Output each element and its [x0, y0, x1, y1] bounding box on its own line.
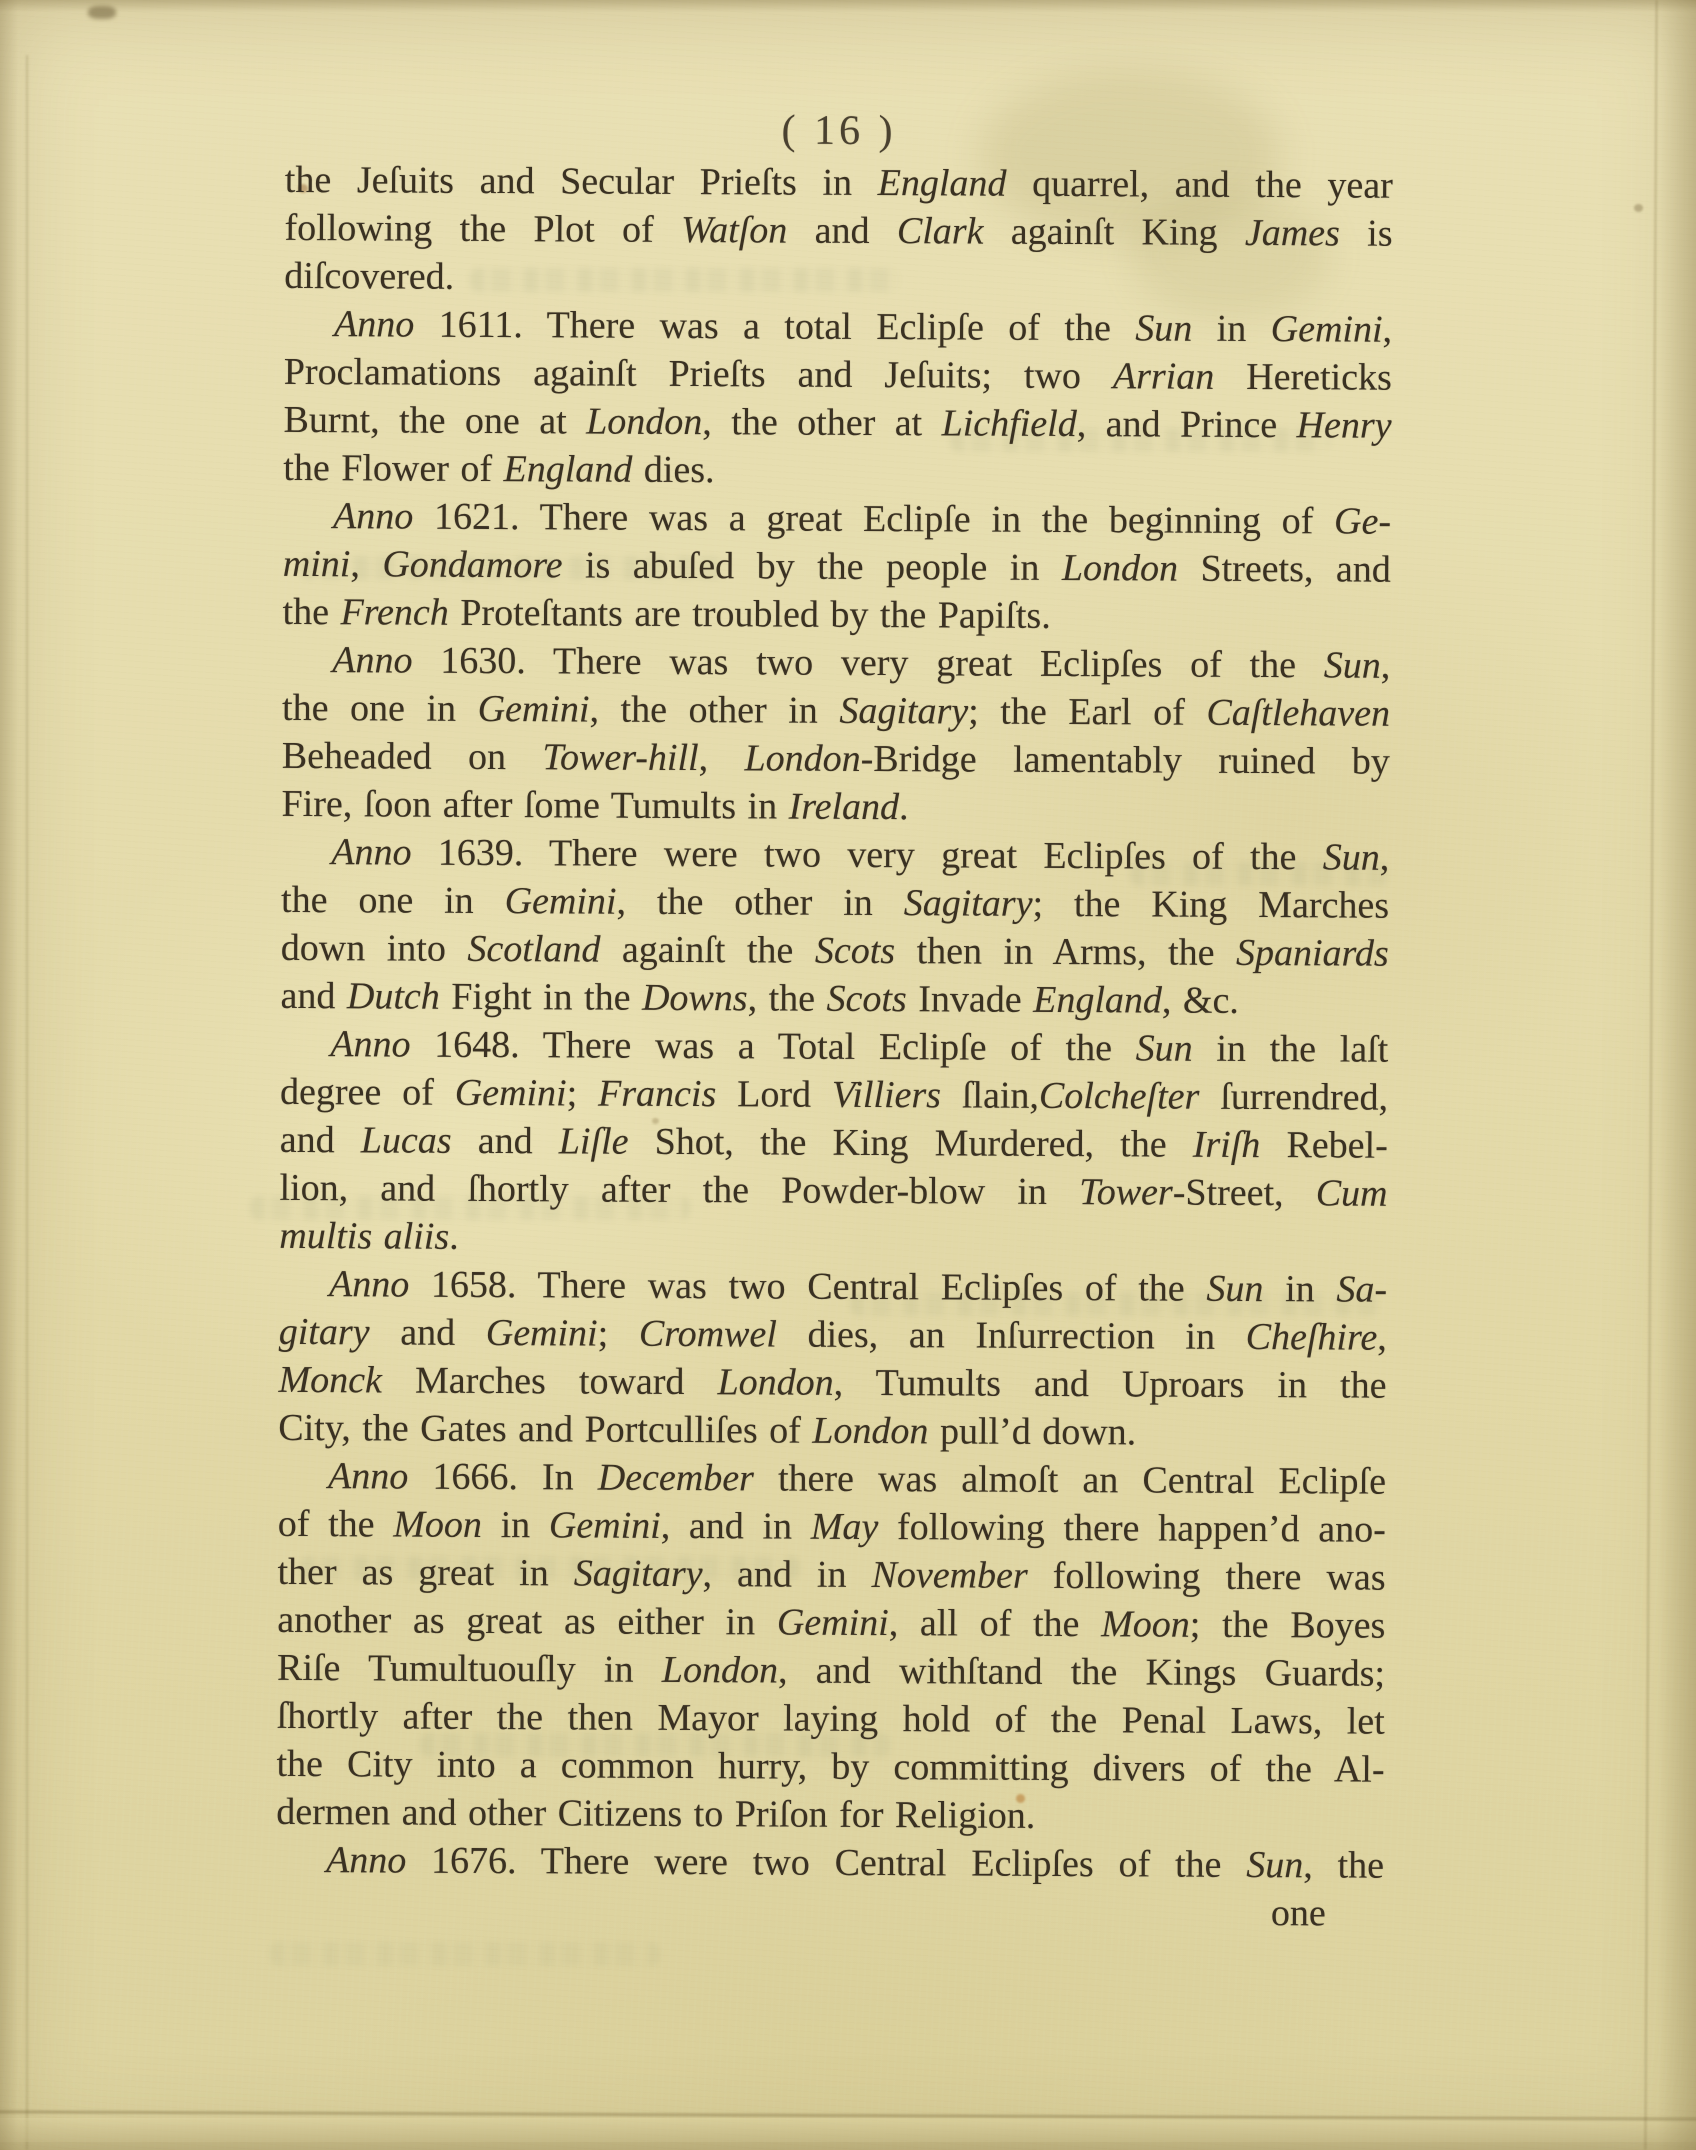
italic-term: England: [878, 162, 1007, 205]
text-line: Burnt, the one at London, the other at L…: [283, 396, 1391, 450]
text-line: lion, and ſhortly after the Powder-blow …: [279, 1164, 1387, 1218]
text-line: down into Scotland againſt the Scots the…: [281, 924, 1389, 978]
text-line: mini, Gondamore is abuſed by the people …: [283, 540, 1391, 594]
italic-term: Monck: [278, 1359, 382, 1402]
text-line: Fire, ſoon after ſome Tumults in Ireland…: [281, 780, 1389, 834]
italic-term: Anno: [326, 1839, 406, 1881]
text-line: gitary and Gemini; Cromwel dies, an Inſu…: [279, 1308, 1387, 1362]
italic-term: Sun: [1136, 1027, 1193, 1069]
text-line: Anno 1621. There was a great Eclipſe in …: [283, 492, 1391, 546]
italic-term: Spaniards: [1236, 932, 1389, 975]
italic-term: Anno: [331, 831, 411, 873]
italic-term: multis aliis: [279, 1215, 449, 1258]
text-line: the Flower of England dies.: [283, 444, 1391, 498]
text-line: another as great as either in Gemini, al…: [277, 1596, 1385, 1650]
italic-term: Colcheſter: [1039, 1075, 1200, 1118]
italic-term: London: [717, 1361, 833, 1404]
italic-term: Gemini: [777, 1602, 889, 1645]
italic-term: gitary: [279, 1311, 370, 1353]
italic-term: Sa-: [1336, 1268, 1387, 1310]
page-edge-top: [0, 0, 1696, 12]
text-line: Anno 1666. In December there was almoſt …: [278, 1452, 1386, 1506]
italic-term: Anno: [332, 639, 412, 681]
crease-line-left: [26, 55, 28, 2150]
italic-term: Anno: [333, 495, 413, 537]
text-line: Anno 1676. There were two Central Eclipſ…: [276, 1836, 1384, 1890]
italic-term: mini: [283, 543, 351, 585]
italic-term: London: [586, 401, 702, 444]
text-line: following the Plot of Watſon and Clark a…: [284, 204, 1392, 258]
italic-term: England: [503, 448, 632, 491]
page-text: the Jeſuits and Secular Prieſts in Engla…: [276, 156, 1393, 1938]
italic-term: England: [1033, 979, 1162, 1022]
text-line: Anno 1648. There was a Total Eclipſe of …: [280, 1020, 1388, 1074]
italic-term: Watſon: [681, 209, 787, 252]
paragraph: Anno 1611. There was a total Eclipſe of …: [283, 300, 1392, 498]
text-line: Monck Marches toward London, Tumults and…: [278, 1356, 1386, 1410]
italic-term: Gemini: [478, 688, 590, 731]
italic-term: French: [340, 591, 449, 634]
text-line: of the Moon in Gemini, and in May follow…: [278, 1500, 1386, 1554]
italic-term: Gemini: [486, 1312, 598, 1355]
italic-term: Moon: [393, 1504, 482, 1546]
text-line: and Dutch Fight in the Downs, the Scots …: [280, 972, 1388, 1026]
italic-term: Scots: [826, 978, 906, 1020]
paragraph: Anno 1621. There was a great Eclipſe in …: [282, 492, 1391, 642]
italic-term: London: [744, 737, 860, 780]
italic-term: May: [811, 1506, 879, 1548]
text-line: the City into a common hurry, by committ…: [276, 1740, 1384, 1794]
text-line: ſhortly after the then Mayor laying hold…: [277, 1692, 1385, 1746]
text-line: Anno 1639. There were two very great Ecl…: [281, 828, 1389, 882]
text-line: City, the Gates and Portculliſes of Lond…: [278, 1404, 1386, 1458]
paragraph: the Jeſuits and Secular Prieſts in Engla…: [284, 156, 1393, 306]
italic-term: Lichfield: [942, 402, 1077, 445]
italic-term: Lucas: [361, 1119, 452, 1161]
text-line: diſcovered.: [284, 252, 1392, 306]
text-line: the one in Gemini, the other in Sagitary…: [281, 876, 1389, 930]
text-line: the one in Gemini, the other in Sagitary…: [282, 684, 1390, 738]
paragraph: Anno 1676. There were two Central Eclipſ…: [276, 1836, 1384, 1890]
italic-term: Villiers: [832, 1074, 941, 1117]
italic-term: Sun: [1246, 1844, 1303, 1886]
italic-term: Cum: [1316, 1172, 1388, 1214]
paragraphs-container: the Jeſuits and Secular Prieſts in Engla…: [276, 156, 1393, 1890]
italic-term: Cheſhire: [1246, 1316, 1378, 1359]
text-line: Anno 1630. There was two very great Ecli…: [282, 636, 1390, 690]
italic-term: Gondamore: [382, 543, 562, 586]
italic-term: Sagitary: [904, 882, 1033, 925]
italic-term: Henry: [1296, 404, 1391, 446]
italic-term: Cromwel: [639, 1313, 777, 1356]
page-edge-bottom: [0, 2116, 1696, 2150]
text-line: degree of Gemini; Francis Lord Villiers …: [280, 1068, 1388, 1122]
italic-term: Francis: [598, 1073, 716, 1116]
italic-term: Clark: [897, 210, 984, 252]
text-line: Riſe Tumultuouſly in London, and withſta…: [277, 1644, 1385, 1698]
italic-term: London: [812, 1410, 928, 1453]
paragraph: Anno 1639. There were two very great Ecl…: [280, 828, 1389, 1026]
italic-term: Sun: [1206, 1268, 1263, 1310]
italic-term: Ireland: [789, 786, 900, 829]
text-line: Beheaded on Tower-hill, London-Bridge la…: [282, 732, 1390, 786]
italic-term: Anno: [328, 1455, 408, 1497]
italic-term: Anno: [330, 1023, 410, 1065]
italic-term: London: [1062, 547, 1178, 590]
paragraph: Anno 1658. There was two Central Eclipſe…: [278, 1260, 1387, 1458]
page-number: ( 16 ): [285, 104, 1393, 158]
text-line: the Jeſuits and Secular Prieſts in Engla…: [285, 156, 1393, 210]
italic-term: James: [1245, 212, 1340, 254]
italic-term: Arrian: [1113, 355, 1215, 398]
italic-term: Tower: [1079, 1171, 1173, 1213]
italic-term: Tower-hill: [542, 736, 698, 779]
italic-term: Gemini: [455, 1072, 567, 1115]
italic-term: Liſle: [559, 1120, 629, 1162]
italic-term: Sagitary: [574, 1552, 703, 1595]
italic-term: Sagitary: [839, 690, 968, 733]
italic-term: Scots: [815, 930, 895, 972]
book-page: ( 16 ) the Jeſuits and Secular Prieſts i…: [0, 0, 1696, 2150]
page-edge-right: [1658, 0, 1696, 2150]
text-line: the French Proteſtants are troubled by t…: [282, 588, 1390, 642]
paragraph: Anno 1648. There was a Total Eclipſe of …: [279, 1020, 1388, 1266]
italic-term: Sun: [1324, 644, 1381, 686]
italic-term: London: [662, 1649, 778, 1692]
text-line: and Lucas and Liſle Shot, the King Murde…: [280, 1116, 1388, 1170]
italic-term: December: [598, 1457, 754, 1500]
scanned-content: ( 16 ) the Jeſuits and Secular Prieſts i…: [0, 0, 1696, 2150]
italic-term: Gemini: [1271, 308, 1383, 351]
italic-term: Iriſh: [1193, 1124, 1261, 1166]
italic-term: Caſtlehaven: [1206, 692, 1390, 735]
italic-term: Ge-: [1334, 500, 1391, 542]
italic-term: Scotland: [467, 928, 600, 971]
italic-term: Downs: [642, 977, 748, 1020]
text-line: dermen and other Citizens to Priſon for …: [276, 1788, 1384, 1842]
italic-term: Anno: [329, 1263, 409, 1305]
text-line: ther as great in Sagitary, and in Novemb…: [277, 1548, 1385, 1602]
text-line: Anno 1611. There was a total Eclipſe of …: [284, 300, 1392, 354]
italic-term: Moon: [1101, 1603, 1190, 1645]
italic-term: Sun: [1323, 836, 1380, 878]
paragraph: Anno 1630. There was two very great Ecli…: [281, 636, 1390, 834]
paragraph: Anno 1666. In December there was almoſt …: [276, 1452, 1386, 1842]
catchword: one: [276, 1884, 1384, 1938]
text-line: Anno 1658. There was two Central Eclipſe…: [279, 1260, 1387, 1314]
italic-term: Dutch: [347, 975, 440, 1017]
italic-term: Gemini: [549, 1504, 661, 1547]
page-edge-left: [0, 0, 18, 2150]
text-line: Proclamations againſt Prieſts and Jeſuit…: [284, 348, 1392, 402]
italic-term: Anno: [334, 303, 414, 345]
text-line: multis aliis.: [279, 1212, 1387, 1266]
italic-term: Gemini: [505, 880, 617, 923]
italic-term: Sun: [1135, 307, 1192, 349]
italic-term: November: [871, 1554, 1027, 1597]
